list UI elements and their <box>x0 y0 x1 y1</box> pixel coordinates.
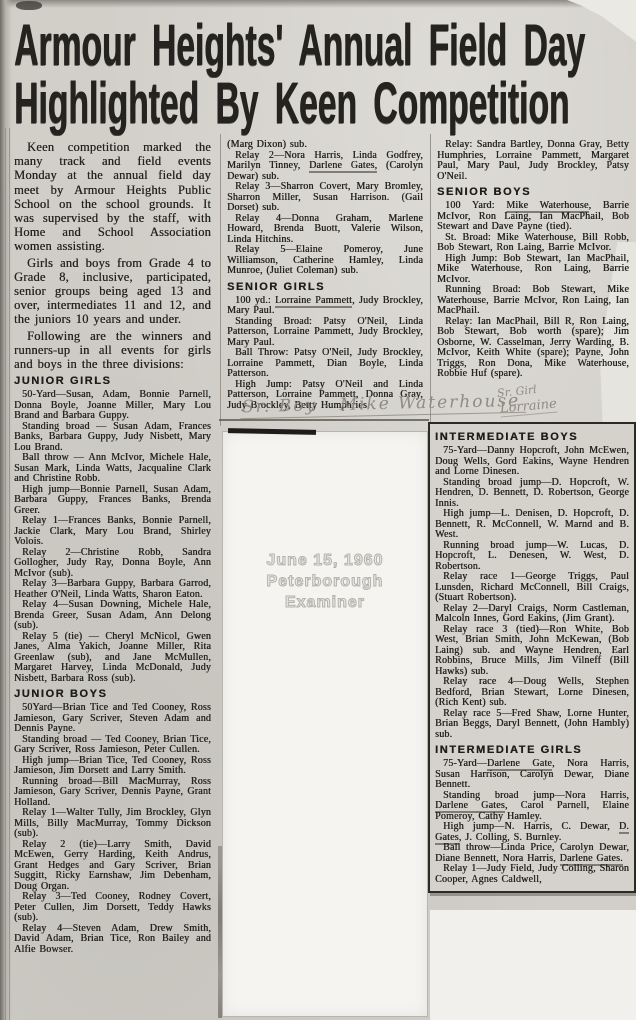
result-paragraph: Standing broad jump—Nora Harris, Darlene… <box>435 791 629 823</box>
result-paragraph: High jump—L. Denisen, D. Hopcroft, D. Be… <box>435 509 629 541</box>
result-paragraph: Standing broad — Susan Adam, Frances Ban… <box>14 422 211 454</box>
result-paragraph: Relay 5—Elaine Pomeroy, June Williamson,… <box>227 245 423 277</box>
result-paragraph: Relay race 4—Doug Wells, Stephen Bedford… <box>435 677 629 709</box>
result-paragraph: Relay 4—Susan Downing, Michele Hale, Bre… <box>14 600 211 632</box>
result-paragraph: Relay 3—Sharron Covert, Mary Bromley, Sh… <box>227 182 423 214</box>
column-divider-middle-right <box>430 134 431 422</box>
section-heading: INTERMEDIATE GIRLS <box>435 744 629 757</box>
column-rule-far-left-2 <box>9 128 10 1020</box>
column-middle-senior-girls: (Marg Dixon) sub.Relay 2—Nora Harris, Li… <box>227 140 423 411</box>
result-paragraph: Girls and boys from Grade 4 to Grade 8, … <box>14 256 211 327</box>
pencil-underlined-name: Lorraine Pammett <box>275 295 352 308</box>
result-paragraph: 100 yd.: Lorraine Pammett, Judy Brockley… <box>227 296 423 317</box>
paragraph-text: 100 yd.: <box>235 295 275 306</box>
pencil-underlined-name: Darlene Gates, <box>309 160 377 173</box>
result-paragraph: High jump—N. Harris, C. Dewar, D. Gates,… <box>435 822 629 843</box>
result-paragraph: Relay: Ian MacPhail, Bill R, Ron Laing, … <box>437 317 629 380</box>
result-paragraph: Relay 1—Frances Banks, Bonnie Parnell, J… <box>14 516 211 548</box>
result-paragraph: Relay 2—Christine Robb, Sandra Gollogher… <box>14 548 211 580</box>
result-paragraph: 100 Yard: Mike Waterhouse, Barrie McIvor… <box>437 201 629 233</box>
paragraph-text: 100 Yard: <box>445 200 506 211</box>
result-paragraph: Running broad jump—W. Lucas, D. Hopcroft… <box>435 541 629 573</box>
stamp-publication-line-2: Examiner <box>223 592 427 613</box>
result-paragraph: St. Broad: Mike Waterhouse, Bill Robb, B… <box>437 233 629 254</box>
result-paragraph: Relay 2 (tie)—Larry Smith, David McEwen,… <box>14 840 211 893</box>
result-paragraph: Relay 2—Daryl Craigs, Norm Castleman, Ma… <box>435 604 629 625</box>
newspaper-clipping-page: Armour Heights' Annual Field Day Highlig… <box>0 0 636 1020</box>
column-rule-far-left-1 <box>5 128 6 1020</box>
result-paragraph: Relay 4—Steven Adam, Drew Smith, David A… <box>14 924 211 956</box>
ink-smudge-top-left <box>16 1 42 10</box>
result-paragraph: Running Broad: Bob Stewart, Mike Waterho… <box>437 285 629 317</box>
section-heading: JUNIOR GIRLS <box>14 375 211 388</box>
paragraph-text: , J. Colling, S. Burnley. <box>459 832 562 843</box>
result-paragraph: 50Yard—Brian Tice and Ted Cooney, Ross J… <box>14 703 211 735</box>
result-paragraph: Relay 1—Judy Field, Judy Colling, Sharon… <box>435 864 629 885</box>
paragraph-text: High jump—N. Harris, C. Dewar, <box>443 821 619 832</box>
result-paragraph: High jump—Bonnie Parnell, Susan Adam, Ba… <box>14 485 211 517</box>
result-paragraph: Relay 5 (tie) — Cheryl McNicol, Gwen Jan… <box>14 632 211 685</box>
column-divider-left-middle <box>220 134 221 426</box>
result-paragraph: Relay 2—Nora Harris, Linda Godfrey, Mari… <box>227 151 423 183</box>
result-paragraph: Relay 3—Barbara Guppy, Barbara Garrod, H… <box>14 579 211 600</box>
column-right-senior-boys: Relay: Sandra Bartley, Donna Gray, Betty… <box>437 140 629 380</box>
result-paragraph: Relay race 1—George Triggs, Paul Lunsden… <box>435 572 629 604</box>
result-paragraph: Relay 3—Ted Cooney, Rodney Covert, Peter… <box>14 892 211 924</box>
result-paragraph: Standing broad — Ted Cooney, Brian Tice,… <box>14 735 211 756</box>
section-heading: SENIOR BOYS <box>437 186 629 199</box>
result-paragraph: Following are the winners and runners-up… <box>14 329 211 372</box>
stamp-date: June 15, 1960 <box>223 550 427 571</box>
blank-paper-bottom-right <box>430 910 636 1020</box>
result-paragraph: Relay: Sandra Bartley, Donna Gray, Betty… <box>437 140 629 182</box>
page-left-edge-shadow <box>0 0 12 1020</box>
result-paragraph: Relay 4—Donna Graham, Marlene Howard, Br… <box>227 214 423 246</box>
section-heading: INTERMEDIATE BOYS <box>435 431 629 444</box>
column-left-junior-results: Keen competition marked the many track a… <box>14 140 211 955</box>
result-paragraph: Relay race 3 (tied)—Ron White, Bob West,… <box>435 625 629 678</box>
headline: Armour Heights' Annual Field Day Highlig… <box>14 12 630 128</box>
date-stamp: June 15, 1960 Peterborough Examiner <box>223 550 427 613</box>
result-paragraph: Ball throw—Linda Price, Carolyn Dewar, D… <box>435 843 629 864</box>
result-paragraph: 75-Yard—Danny Hopcroft, John McEwen, Dou… <box>435 446 629 478</box>
section-heading: SENIOR GIRLS <box>227 281 423 294</box>
paragraph-text: 75-Yard— <box>443 758 487 769</box>
handwritten-annotation-sr-girl: Sr. Girl <box>496 383 537 400</box>
result-paragraph: Ball throw — Ann McIvor, Michele Hale, S… <box>14 453 211 485</box>
section-heading: JUNIOR BOYS <box>14 688 211 701</box>
result-paragraph: 50-Yard—Susan, Adam, Bonnie Parnell, Don… <box>14 390 211 422</box>
stamp-publication-line-1: Peterborough <box>223 571 427 592</box>
paragraph-text: Standing broad jump—Nora Harris, <box>443 790 629 801</box>
result-paragraph: Standing broad jump—D. Hopcroft, W. Hend… <box>435 478 629 510</box>
pasted-blank-area: June 15, 1960 Peterborough Examiner <box>222 431 428 1017</box>
result-paragraph: Relay 1—Walter Tully, Jim Brockley, Glyn… <box>14 808 211 840</box>
result-paragraph: Running broad—Bill MacMurray, Ross Jamie… <box>14 777 211 809</box>
result-paragraph: 75-Yard—Darlene Gate, Nora Harris, Susan… <box>435 759 629 791</box>
page-top-edge-shadow <box>0 0 636 8</box>
result-paragraph: Relay race 5—Fred Shaw, Lorne Hunter, Br… <box>435 709 629 741</box>
handwritten-annotation-name: Lorraine <box>499 397 557 418</box>
result-paragraph: Ball Throw: Patsy O'Neil, Judy Brockley,… <box>227 348 423 380</box>
result-paragraph: High jump—Brian Tice, Ted Cooney, Ross J… <box>14 756 211 777</box>
clipping-edge-rule <box>219 419 429 421</box>
headline-line-2: Highlighted By Keen Competition <box>14 70 371 128</box>
crease-shadow <box>218 846 222 1018</box>
intermediate-results-box: INTERMEDIATE BOYS75-Yard—Danny Hopcroft,… <box>428 422 636 893</box>
result-paragraph: High Jump: Bob Stewart, Ian MacPhail, Mi… <box>437 254 629 286</box>
result-paragraph: Standing Broad: Patsy O'Neil, Linda Patt… <box>227 317 423 349</box>
headline-line-1: Armour Heights' Annual Field Day <box>14 12 371 70</box>
result-paragraph: Keen competition marked the many track a… <box>14 140 211 254</box>
